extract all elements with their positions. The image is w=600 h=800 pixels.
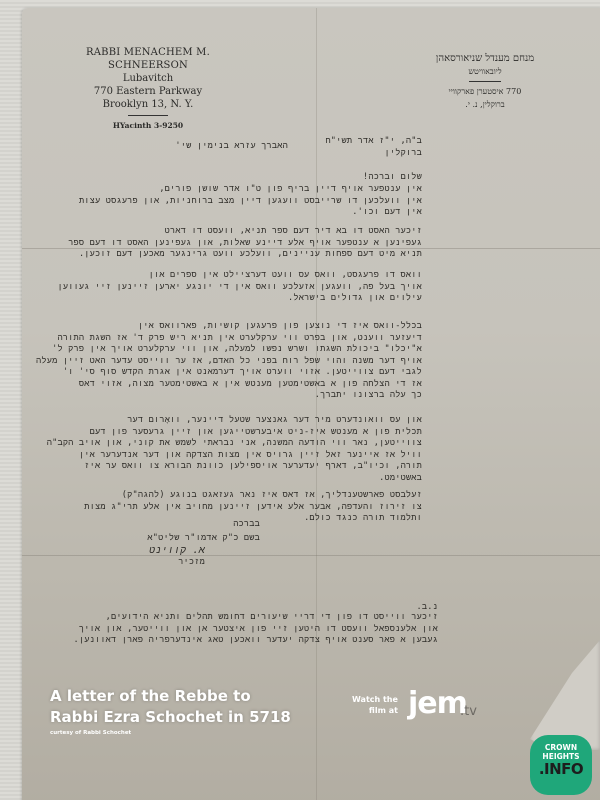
letterhead-line: Lubavitch: [60, 72, 236, 85]
letter-paragraph: אין ענטפער אויף דיין בריף פון ט"ו אדר שו…: [79, 184, 422, 219]
letter-line: זיכער האסט דו בא דיר דעם ספר תניא, וועסט…: [68, 226, 422, 238]
letter-closing: בברכה: [233, 519, 260, 531]
badge-text: .INFO: [530, 761, 592, 777]
letter-paragraph: וואס דו פרעגסט, וואס עס וועט דערציילט אי…: [57, 270, 422, 305]
letter-line: צווייטען, נאר ווי הודעה המשנה, אני נבראת…: [47, 438, 422, 450]
letter-line: געבען א פאר סענט אויף צדקה יעדער וואכען …: [74, 635, 438, 647]
letter-line: אויך בעל פה, וועגען אזעלכע וואס אין די י…: [57, 282, 422, 294]
letterhead-name: RABBI MENACHEM M. SCHNEERSON: [60, 46, 236, 72]
letter-line: דיעזער ווענט, און בפרט ווי ערקלערט אין ת…: [36, 333, 422, 345]
letterhead-line: ברוקלין, נ. י.: [410, 98, 560, 111]
letterhead-line: Brooklyn 13, N. Y.: [60, 98, 236, 111]
letter-paragraph: און עס וואונדערט מיר דער גאנצער שטעל דיי…: [47, 415, 422, 484]
letter-line: און אלענספאל וועסט דו היטען זיי פון איצט…: [74, 624, 438, 636]
caption: A letter of the Rebbe to Rabbi Ezra Scho…: [50, 686, 291, 728]
divider: [128, 115, 168, 116]
letter-line: געפינען א ענטפער אויף אלע דיינע שאלות, א…: [68, 238, 422, 250]
letter-line: באשטימט.: [47, 473, 422, 485]
watch-film-link[interactable]: Watch the film at: [352, 694, 398, 716]
letter-line: אויף דער משנה והוי שפל רוח בפני כל האדם,…: [36, 356, 422, 368]
letterhead-phone: HYacinth 3-9250: [60, 119, 236, 132]
letter-line: כך עלה ברצונו יתברך.: [36, 390, 422, 402]
letter-line: וואס דו פרעגסט, וואס עס וועט דערציילט אי…: [57, 270, 422, 282]
letter-line: תורה, וכיו"ב, דארף יעדערער אויספילען כוו…: [47, 461, 422, 473]
letter-addressee: האברך עזרא בנימין שי': [175, 141, 288, 153]
watch-text: film at: [352, 705, 398, 716]
letterhead-line: 770 Eastern Parkway: [60, 85, 236, 98]
letter-line: וויל אז איינער זאל זיין גרויס אין מצות ה…: [47, 450, 422, 462]
letter-city: ברוקלין: [385, 148, 423, 160]
letter-line: בכלל-וואס איז די נוצען פון פרעגען קושיות…: [36, 321, 422, 333]
letter-line: אין וועלכען דו שרייבסט וועגען דיין מצב ב…: [79, 196, 422, 208]
watch-text: Watch the: [352, 694, 398, 705]
letter-line: תכלית פון א מענטש איז-ניט איבערשטייגען א…: [47, 427, 422, 439]
letterhead-english: RABBI MENACHEM M. SCHNEERSON Lubavitch 7…: [60, 46, 236, 132]
caption-line: A letter of the Rebbe to: [50, 686, 291, 707]
letter-paragraph: בכלל-וואס איז די נוצען פון פרעגען קושיות…: [36, 321, 422, 402]
letter-line: זיכער ווייסט דו פון די דריי שיעורים דחומ…: [74, 612, 438, 624]
letter-line: אז די הצלחה פון א באשטימטען מענטש אין א …: [36, 379, 422, 391]
letter-line: עילוים און גדולים בישראל.: [57, 293, 422, 305]
letter-greeting: שלום וברכה!: [363, 172, 422, 184]
letter-line: לגבי דעם צווייטען. אזוי ווערט אויך דערמא…: [36, 367, 422, 379]
letter-line: צו זירוז והעדפה, אבער אלע אידען זיינען מ…: [84, 502, 422, 514]
crownheights-info-badge[interactable]: CROWN HEIGHTS .INFO: [530, 735, 592, 795]
letterhead-line: ליובאוויטש: [410, 65, 560, 78]
badge-text: CROWN: [530, 743, 592, 752]
letter-line: זעלבסט פארשטענדליך, אז דאס איז נאר געזאג…: [84, 490, 422, 502]
photo-credit: curtesy of Rabbi Schochet: [50, 730, 131, 736]
fold-line: [22, 555, 600, 556]
signer-title: מזכיר: [178, 557, 205, 569]
letter-line: אין ענטפער אויף דיין בריף פון ט"ו אדר שו…: [79, 184, 422, 196]
letter-date: ב"ה, י"ז אדר תשי"ח: [325, 136, 422, 148]
letterhead-name: מנחם מענדל שניאורסאהן: [410, 52, 560, 65]
postscript: זיכער ווייסט דו פון די דריי שיעורים דחומ…: [74, 612, 438, 647]
letterhead-hebrew: מנחם מענדל שניאורסאהן ליובאוויטש 770 איס…: [410, 52, 560, 111]
signature: א. קווינט: [149, 545, 205, 557]
jem-tld: .tv: [460, 704, 477, 719]
divider: [469, 81, 501, 82]
jem-logo[interactable]: jem: [408, 689, 467, 719]
letter-line: תניא מיט דעם ספחות עניינים, וועלכע וועט …: [68, 249, 422, 261]
letter-line: אין דעם וכו'.: [79, 207, 422, 219]
caption-line: Rabbi Ezra Schochet in 5718: [50, 707, 291, 728]
letter-paragraph: זיכער האסט דו בא דיר דעם ספר תניא, וועסט…: [68, 226, 422, 261]
letter-line: א"יכלו" ביכולת השגתו ושרש נפשו למעלה, או…: [36, 344, 422, 356]
letter-signed-for: בשם כ"ק אדמו"ר שליט"א: [147, 533, 260, 545]
letterhead-line: 770 איסטערן פארקוויי: [410, 85, 560, 98]
fold-line: [316, 8, 317, 800]
letter-line: און עס וואונדערט מיר דער גאנצער שטעל דיי…: [47, 415, 422, 427]
